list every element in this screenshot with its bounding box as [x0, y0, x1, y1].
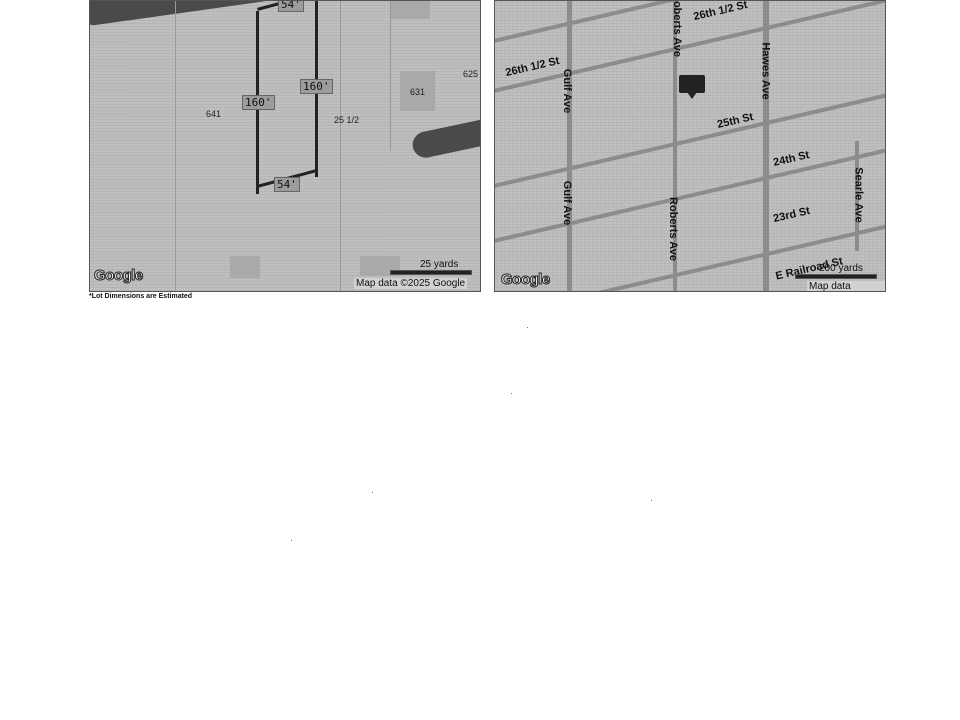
street-label: Roberts Ave [667, 197, 679, 261]
scale-label: 25 yards [420, 259, 458, 270]
lot-number: 625 [463, 69, 478, 79]
street-24th [494, 147, 886, 245]
street-label: Hawes Ave [760, 42, 772, 99]
scan-speck [651, 500, 652, 501]
scale-label: 200 yards [819, 263, 863, 274]
property-pin-icon[interactable] [679, 75, 705, 93]
map-attribution[interactable]: Map data ©2025 [807, 281, 885, 292]
scan-speck [372, 492, 373, 493]
lot-number: 631 [410, 87, 425, 97]
building [390, 1, 430, 19]
scan-speck [291, 540, 292, 541]
building [230, 256, 260, 278]
street-label: Searle Ave [853, 167, 865, 222]
street-23rd [555, 207, 886, 292]
map-attribution[interactable]: Map data ©2025 Google [354, 278, 467, 289]
dimension-label: 160' [242, 95, 275, 110]
street-label: 23rd St [772, 205, 811, 225]
dimension-label: 54' [274, 177, 300, 192]
street-26th-half [494, 0, 886, 45]
scale-bar [795, 274, 877, 279]
street-gulf-ave [567, 1, 572, 292]
scan-speck [511, 393, 512, 394]
lot-line [390, 1, 391, 151]
lot-line [340, 1, 341, 292]
lot-line [175, 1, 176, 292]
footnote: *Lot Dimensions are Estimated [89, 293, 192, 300]
dimension-label: 54' [278, 0, 304, 12]
neighborhood-map[interactable]: 26th 1/2 St 26th 1/2 St Roberts Ave Hawe… [494, 0, 886, 292]
street-label: Gulf Ave [561, 69, 573, 113]
street-25th [494, 92, 886, 190]
road [89, 0, 281, 27]
google-logo: Google [94, 267, 143, 284]
road [410, 116, 481, 160]
google-logo: Google [501, 271, 550, 288]
lot-dimension-map[interactable]: 54' 160' 160' 54' 641 25 1/2 631 625 Goo… [89, 0, 481, 292]
street-label: Gulf Ave [561, 181, 573, 225]
lot-number: 25 1/2 [334, 115, 359, 125]
lot-number: 641 [206, 109, 221, 119]
scale-bar [390, 270, 472, 275]
street-label: 26th 1/2 St [692, 0, 748, 23]
dimension-label: 160' [300, 79, 333, 94]
scan-speck [527, 327, 528, 328]
street-label: Roberts Ave [671, 0, 683, 57]
